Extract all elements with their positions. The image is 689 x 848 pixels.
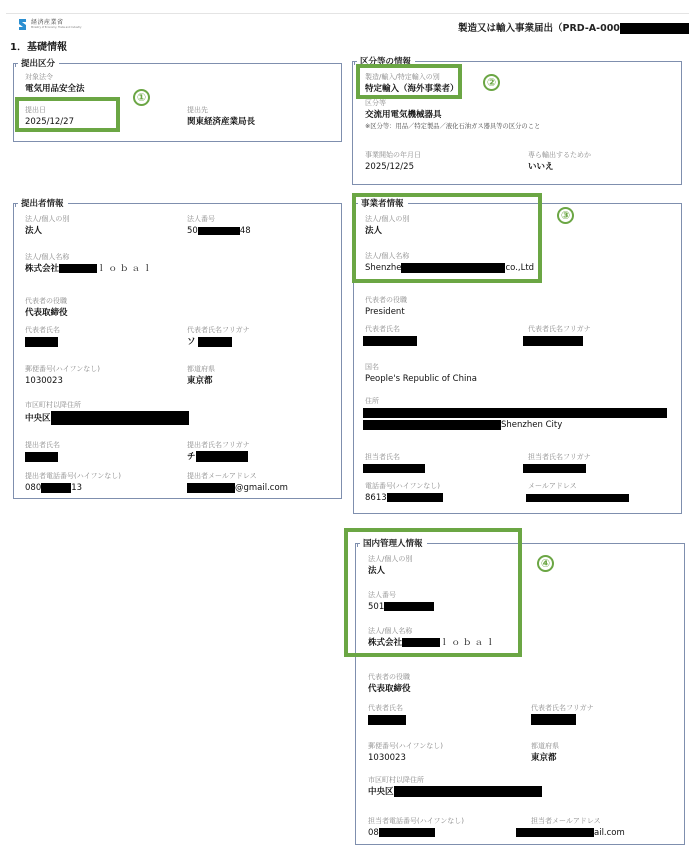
manager-rep-kana-field: 代表者氏名フリガナ [531, 703, 594, 726]
redacted-block [531, 714, 576, 725]
redacted-block [620, 23, 689, 34]
redacted-block [384, 602, 434, 611]
redacted-block [368, 715, 406, 725]
annotation-marker-3: ③ [557, 207, 574, 224]
redacted-block [25, 337, 58, 347]
redacted-block [198, 227, 240, 235]
manager-entity-type-field: 法人/個人の別 法人 [368, 554, 412, 577]
business-name-field: 法人/個人名称 Shenzheco.,Ltd [365, 251, 534, 274]
ministry-name-en: Ministry of Economy, Trade and Industry [31, 27, 81, 30]
redacted-block [198, 337, 232, 347]
domestic-manager-panel: 国内管理人情報 法人/個人の別 法人 法人番号 501 法人/個人名称 株式会社… [355, 543, 685, 845]
redacted-block [196, 451, 248, 462]
business-contact-kana-field: 担当者氏名フリガナ [523, 452, 591, 475]
manager-prefecture-field: 都道府県 東京都 [531, 741, 559, 764]
redacted-block [187, 483, 235, 493]
business-email-field: メールアドレス [526, 481, 629, 504]
manager-zip-field: 郵便番号(ハイフンなし) 1030023 [368, 741, 443, 764]
redacted-block [363, 464, 425, 473]
annotation-marker-1: ① [133, 89, 150, 106]
redacted-block [523, 464, 586, 473]
redacted-block [59, 264, 97, 273]
applicant-zip-field: 郵便番号(ハイフンなし) 1030023 [25, 364, 100, 387]
redacted-block [41, 483, 71, 493]
business-contact-name-field: 担当者氏名 [363, 452, 425, 475]
applicant-legend: 提出者情報 [18, 197, 68, 209]
redacted-block [379, 828, 435, 837]
submission-destination-field: 提出先 関東経済産業局長 [187, 105, 255, 128]
manager-rep-name-field: 代表者氏名 [368, 703, 406, 726]
classification-field: 区分等 交流用電気機械器具 ※区分等：用品／特定製品／液化石油ガス器具等の区分の… [365, 98, 540, 130]
category-legend: 区分等の情報 [357, 55, 415, 67]
submitter-phone-field: 提出者電話番号(ハイフンなし) 08013 [25, 471, 121, 494]
business-address-field: 住所 Shenzhen City [363, 396, 667, 431]
manager-phone-field: 担当者電話番号(ハイフンなし) 08 [368, 816, 464, 839]
business-rep-name-field: 代表者氏名 [363, 324, 417, 347]
redacted-block [25, 452, 58, 462]
redacted-block [363, 420, 501, 430]
annotation-marker-4: ④ [537, 555, 554, 572]
applicant-name-field: 法人/個人名称 株式会社ｌｏｂａｌ [25, 252, 155, 275]
document-title: 製造又は輸入事業届出（PRD-A-000 [458, 20, 689, 34]
category-panel: 区分等の情報 製造/輸入/特定輸入の別 特定輸入（海外事業者） 区分等 交流用電… [352, 61, 682, 185]
import-type-field: 製造/輸入/特定輸入の別 特定輸入（海外事業者） [365, 72, 459, 95]
export-only-field: 専ら輸出するためか いいえ [528, 150, 591, 173]
business-phone-field: 電話番号(ハイフンなし) 8613 [365, 481, 443, 504]
submitter-kana-field: 提出者氏名フリガナ チ [187, 440, 250, 463]
submission-date-field: 提出日 2025/12/27 [25, 105, 74, 128]
redacted-block [363, 336, 417, 346]
submitter-name-field: 提出者氏名 [25, 440, 60, 463]
business-rep-kana-field: 代表者氏名フリガナ [523, 324, 591, 347]
applicant-rep-name-field: 代表者氏名 [25, 325, 60, 348]
manager-name-field: 法人/個人名称 株式会社ｌｏｂａｌ [368, 626, 498, 649]
applicant-address-field: 市区町村以降住所 中央区 [25, 400, 189, 425]
business-start-date-field: 事業開始の年月日 2025/12/25 [365, 150, 421, 173]
target-law-field: 対象法令 電気用品安全法 [25, 72, 85, 95]
applicant-corp-number-field: 法人番号 5048 [187, 214, 251, 237]
business-entity-type-field: 法人/個人の別 法人 [365, 214, 409, 237]
business-rep-title-field: 代表者の役職 President [365, 295, 407, 318]
meti-logo-icon [17, 18, 28, 31]
manager-corp-number-field: 法人番号 501 [368, 590, 434, 613]
redacted-block [387, 493, 443, 502]
business-country-field: 国名 People's Republic of China [365, 362, 477, 385]
top-divider [6, 13, 689, 14]
redacted-block [516, 828, 594, 837]
redacted-block [51, 411, 189, 425]
submitter-email-field: 提出者メールアドレス @gmail.com [187, 471, 288, 494]
redacted-block [363, 408, 667, 418]
business-panel: 事業者情報 法人/個人の別 法人 法人/個人名称 Shenzheco.,Ltd … [353, 203, 682, 514]
annotation-marker-2: ② [483, 74, 500, 91]
applicant-entity-type-field: 法人/個人の別 法人 [25, 214, 69, 237]
business-legend: 事業者情報 [358, 197, 408, 209]
ministry-logo: 経済産業省 Ministry of Economy, Trade and Ind… [17, 18, 81, 31]
submission-legend: 提出区分 [18, 57, 59, 69]
applicant-rep-title-field: 代表者の役職 代表取締役 [25, 296, 68, 319]
manager-email-field: 担当者メールアドレス ail.com [516, 816, 625, 839]
redacted-block [523, 336, 583, 346]
manager-address-field: 市区町村以降住所 中央区 [368, 775, 542, 798]
applicant-prefecture-field: 都道府県 東京都 [187, 364, 215, 387]
redacted-block [394, 786, 542, 797]
submission-panel: 提出区分 対象法令 電気用品安全法 提出日 2025/12/27 提出先 関東経… [13, 63, 342, 142]
redacted-block [401, 263, 505, 273]
applicant-panel: 提出者情報 法人/個人の別 法人 法人番号 5048 法人/個人名称 株式会社ｌ… [13, 203, 342, 499]
redacted-block [526, 494, 629, 502]
redacted-block [402, 638, 440, 647]
applicant-rep-kana-field: 代表者氏名フリガナ ソ [187, 325, 250, 348]
manager-rep-title-field: 代表者の役職 代表取締役 [368, 672, 411, 695]
ministry-name-jp: 経済産業省 [31, 20, 81, 26]
section-title: 1．基礎情報 [10, 38, 67, 53]
domestic-manager-legend: 国内管理人情報 [360, 537, 427, 549]
classification-note: ※区分等：用品／特定製品／液化石油ガス器具等の区分のこと [365, 121, 540, 130]
